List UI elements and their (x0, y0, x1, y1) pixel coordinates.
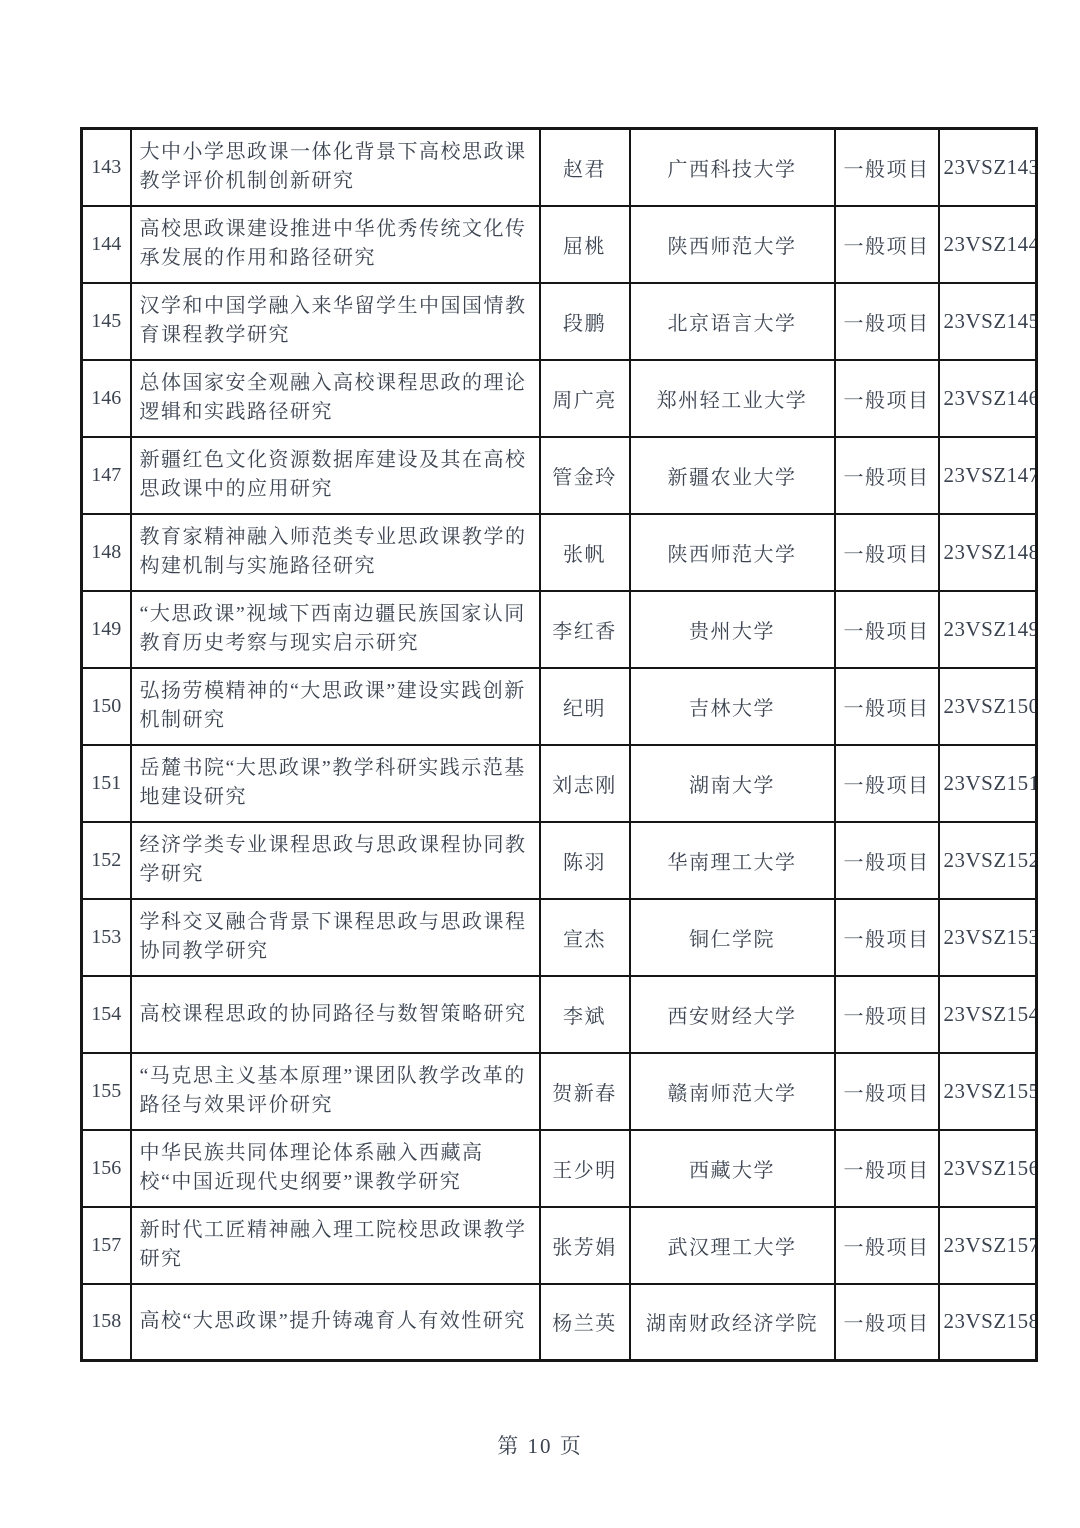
document-page: 143 大中小学思政课一体化背景下高校思政课教学评价机制创新研究 赵君 广西科技… (0, 0, 1080, 1528)
project-title: “大思政课”视域下西南边疆民族国家认同教育历史考察与现实启示研究 (131, 591, 540, 668)
project-title: “马克思主义基本原理”课团队教学改革的路径与效果评价研究 (131, 1053, 540, 1130)
project-title: 高校课程思政的协同路径与数智策略研究 (131, 976, 540, 1053)
table-row: 153 学科交叉融合背景下课程思政与思政课程协同教学研究 宣杰 铜仁学院 一般项… (82, 899, 1037, 976)
project-leader: 李斌 (540, 976, 630, 1053)
institution-name: 铜仁学院 (630, 899, 835, 976)
project-category: 一般项目 (835, 1284, 939, 1361)
table-row: 145 汉学和中国学融入来华留学生中国国情教育课程教学研究 段鹏 北京语言大学 … (82, 283, 1037, 360)
project-category: 一般项目 (835, 745, 939, 822)
table-row: 150 弘扬劳模精神的“大思政课”建设实践创新机制研究 纪明 吉林大学 一般项目… (82, 668, 1037, 745)
project-leader: 张芳娟 (540, 1207, 630, 1284)
project-leader: 赵君 (540, 129, 630, 206)
institution-name: 湖南财政经济学院 (630, 1284, 835, 1361)
table-row: 154 高校课程思政的协同路径与数智策略研究 李斌 西安财经大学 一般项目 23… (82, 976, 1037, 1053)
project-leader: 屈桃 (540, 206, 630, 283)
project-category: 一般项目 (835, 1207, 939, 1284)
project-code: 23VSZ144 (939, 206, 1037, 283)
institution-name: 赣南师范大学 (630, 1053, 835, 1130)
project-leader: 王少明 (540, 1130, 630, 1207)
row-number: 147 (82, 437, 131, 514)
project-code: 23VSZ157 (939, 1207, 1037, 1284)
project-leader: 李红香 (540, 591, 630, 668)
project-code: 23VSZ153 (939, 899, 1037, 976)
institution-name: 陕西师范大学 (630, 514, 835, 591)
row-number: 158 (82, 1284, 131, 1361)
project-code: 23VSZ146 (939, 360, 1037, 437)
project-title: 新时代工匠精神融入理工院校思政课教学研究 (131, 1207, 540, 1284)
project-title: 中华民族共同体理论体系融入西藏高校“中国近现代史纲要”课教学研究 (131, 1130, 540, 1207)
project-category: 一般项目 (835, 1053, 939, 1130)
project-leader: 张帆 (540, 514, 630, 591)
table-row: 148 教育家精神融入师范类专业思政课教学的构建机制与实施路径研究 张帆 陕西师… (82, 514, 1037, 591)
project-title: 教育家精神融入师范类专业思政课教学的构建机制与实施路径研究 (131, 514, 540, 591)
project-category: 一般项目 (835, 1130, 939, 1207)
project-category: 一般项目 (835, 206, 939, 283)
table-row: 152 经济学类专业课程思政与思政课程协同教学研究 陈羽 华南理工大学 一般项目… (82, 822, 1037, 899)
row-number: 144 (82, 206, 131, 283)
table-row: 147 新疆红色文化资源数据库建设及其在高校思政课中的应用研究 管金玲 新疆农业… (82, 437, 1037, 514)
table-row: 158 高校“大思政课”提升铸魂育人有效性研究 杨兰英 湖南财政经济学院 一般项… (82, 1284, 1037, 1361)
project-category: 一般项目 (835, 591, 939, 668)
project-leader: 宣杰 (540, 899, 630, 976)
row-number: 143 (82, 129, 131, 206)
project-title: 高校思政课建设推进中华优秀传统文化传承发展的作用和路径研究 (131, 206, 540, 283)
institution-name: 华南理工大学 (630, 822, 835, 899)
project-category: 一般项目 (835, 822, 939, 899)
institution-name: 吉林大学 (630, 668, 835, 745)
project-code: 23VSZ158 (939, 1284, 1037, 1361)
row-number: 148 (82, 514, 131, 591)
project-leader: 贺新春 (540, 1053, 630, 1130)
table-row: 151 岳麓书院“大思政课”教学科研实践示范基地建设研究 刘志刚 湖南大学 一般… (82, 745, 1037, 822)
project-code: 23VSZ149 (939, 591, 1037, 668)
project-leader: 陈羽 (540, 822, 630, 899)
table-row: 155 “马克思主义基本原理”课团队教学改革的路径与效果评价研究 贺新春 赣南师… (82, 1053, 1037, 1130)
row-number: 157 (82, 1207, 131, 1284)
row-number: 151 (82, 745, 131, 822)
institution-name: 新疆农业大学 (630, 437, 835, 514)
project-code: 23VSZ152 (939, 822, 1037, 899)
row-number: 150 (82, 668, 131, 745)
project-category: 一般项目 (835, 437, 939, 514)
row-number: 145 (82, 283, 131, 360)
project-category: 一般项目 (835, 360, 939, 437)
project-title: 经济学类专业课程思政与思政课程协同教学研究 (131, 822, 540, 899)
project-title: 岳麓书院“大思政课”教学科研实践示范基地建设研究 (131, 745, 540, 822)
table-row: 157 新时代工匠精神融入理工院校思政课教学研究 张芳娟 武汉理工大学 一般项目… (82, 1207, 1037, 1284)
row-number: 156 (82, 1130, 131, 1207)
institution-name: 西藏大学 (630, 1130, 835, 1207)
project-category: 一般项目 (835, 283, 939, 360)
table-row: 156 中华民族共同体理论体系融入西藏高校“中国近现代史纲要”课教学研究 王少明… (82, 1130, 1037, 1207)
table-row: 146 总体国家安全观融入高校课程思政的理论逻辑和实践路径研究 周广亮 郑州轻工… (82, 360, 1037, 437)
project-leader: 刘志刚 (540, 745, 630, 822)
project-code: 23VSZ156 (939, 1130, 1037, 1207)
project-title: 学科交叉融合背景下课程思政与思政课程协同教学研究 (131, 899, 540, 976)
project-code: 23VSZ155 (939, 1053, 1037, 1130)
project-title: 新疆红色文化资源数据库建设及其在高校思政课中的应用研究 (131, 437, 540, 514)
project-title: 高校“大思政课”提升铸魂育人有效性研究 (131, 1284, 540, 1361)
institution-name: 武汉理工大学 (630, 1207, 835, 1284)
project-category: 一般项目 (835, 899, 939, 976)
row-number: 146 (82, 360, 131, 437)
row-number: 152 (82, 822, 131, 899)
project-leader: 周广亮 (540, 360, 630, 437)
table-row: 144 高校思政课建设推进中华优秀传统文化传承发展的作用和路径研究 屈桃 陕西师… (82, 206, 1037, 283)
project-leader: 段鹏 (540, 283, 630, 360)
institution-name: 广西科技大学 (630, 129, 835, 206)
project-category: 一般项目 (835, 976, 939, 1053)
project-title: 大中小学思政课一体化背景下高校思政课教学评价机制创新研究 (131, 129, 540, 206)
project-code: 23VSZ145 (939, 283, 1037, 360)
institution-name: 陕西师范大学 (630, 206, 835, 283)
project-code: 23VSZ150 (939, 668, 1037, 745)
institution-name: 贵州大学 (630, 591, 835, 668)
project-leader: 纪明 (540, 668, 630, 745)
project-code: 23VSZ151 (939, 745, 1037, 822)
page-number: 第 10 页 (0, 1430, 1080, 1460)
project-code: 23VSZ143 (939, 129, 1037, 206)
project-code: 23VSZ148 (939, 514, 1037, 591)
institution-name: 北京语言大学 (630, 283, 835, 360)
project-category: 一般项目 (835, 514, 939, 591)
row-number: 155 (82, 1053, 131, 1130)
institution-name: 郑州轻工业大学 (630, 360, 835, 437)
project-leader: 管金玲 (540, 437, 630, 514)
project-category: 一般项目 (835, 129, 939, 206)
institution-name: 湖南大学 (630, 745, 835, 822)
table-row: 149 “大思政课”视域下西南边疆民族国家认同教育历史考察与现实启示研究 李红香… (82, 591, 1037, 668)
row-number: 154 (82, 976, 131, 1053)
project-leader: 杨兰英 (540, 1284, 630, 1361)
project-code: 23VSZ147 (939, 437, 1037, 514)
project-title: 弘扬劳模精神的“大思政课”建设实践创新机制研究 (131, 668, 540, 745)
project-code: 23VSZ154 (939, 976, 1037, 1053)
project-category: 一般项目 (835, 668, 939, 745)
institution-name: 西安财经大学 (630, 976, 835, 1053)
row-number: 149 (82, 591, 131, 668)
project-table-body: 143 大中小学思政课一体化背景下高校思政课教学评价机制创新研究 赵君 广西科技… (82, 129, 1037, 1361)
project-title: 总体国家安全观融入高校课程思政的理论逻辑和实践路径研究 (131, 360, 540, 437)
project-title: 汉学和中国学融入来华留学生中国国情教育课程教学研究 (131, 283, 540, 360)
project-list-table: 143 大中小学思政课一体化背景下高校思政课教学评价机制创新研究 赵君 广西科技… (80, 127, 1038, 1362)
row-number: 153 (82, 899, 131, 976)
table-row: 143 大中小学思政课一体化背景下高校思政课教学评价机制创新研究 赵君 广西科技… (82, 129, 1037, 206)
